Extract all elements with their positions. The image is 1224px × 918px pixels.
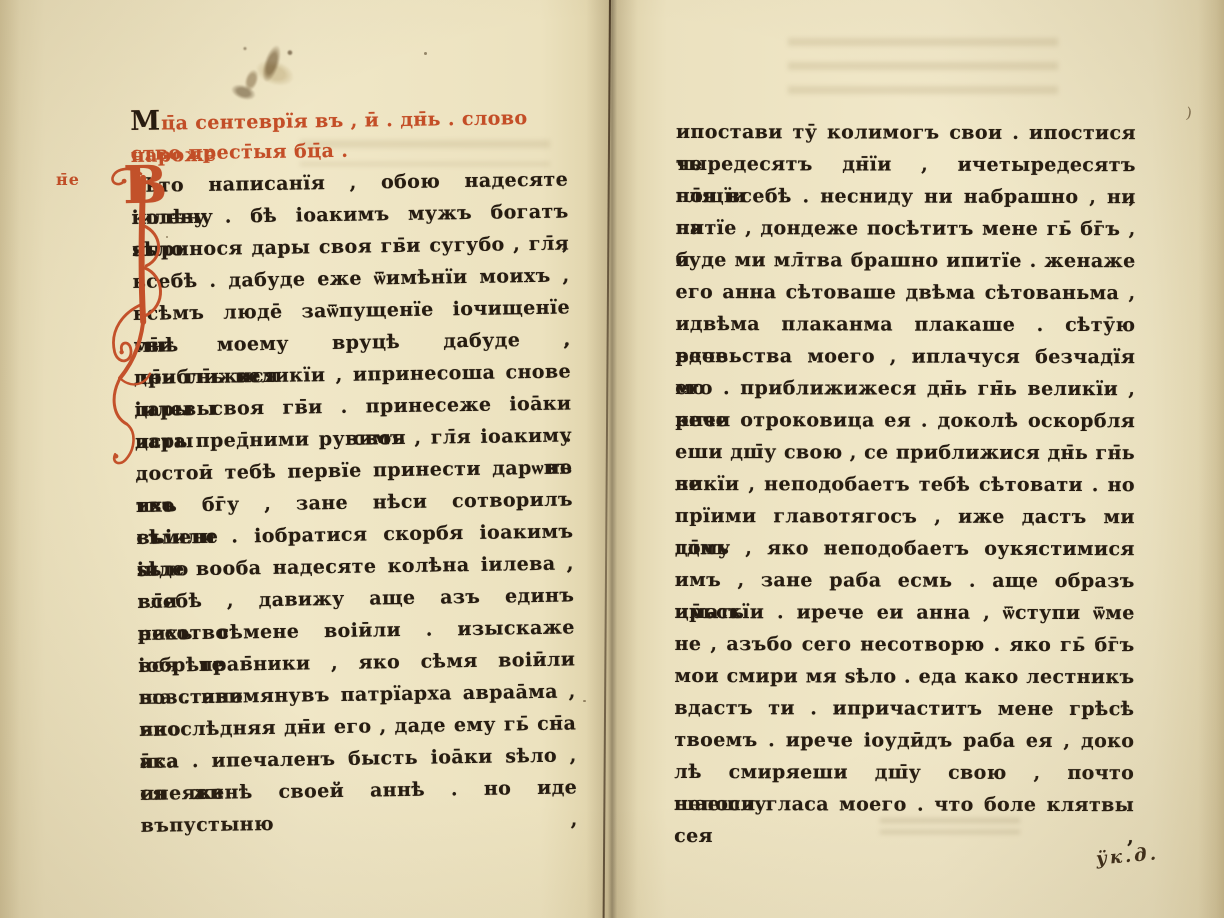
text-line: его . приближижеся дн̄ь гн̄ь великїи , р… <box>675 372 1135 405</box>
left-page-edge <box>0 0 20 918</box>
text-line: кнеи отроковица ея . доколѣ оскорбля <box>675 404 1135 437</box>
rubric-heading-line-1: Мц̄а сентеврїя въ , ӣ . дн̄ь . слово нар… <box>130 100 567 138</box>
text-line: прїими главотягосъ , иже дастъ ми гд̄нъ <box>675 500 1135 533</box>
heading-initial-letter: М <box>130 106 161 137</box>
text-line: тыредесятъ дн̄їи , ичетыредесятъ нощїи , <box>676 148 1136 181</box>
text-line: мои смири мя ѕѣло . еда како лестникъ <box>674 660 1134 693</box>
text-line: не , азъбо сего несотворю . яко гь̄ бг̄ъ <box>675 628 1135 661</box>
text-line: дому , яко неподобаетъ оукястимися <box>675 532 1135 565</box>
margin-folio-note: н̄е <box>56 170 80 189</box>
text-line: буде ми мл̄тва брашно ипитїе . женаже <box>676 244 1136 277</box>
text-line: вдовьства моего , иплачуся безчадїя мо <box>675 340 1135 373</box>
right-page-edge <box>1198 0 1224 918</box>
text-line: ипостави тӯ колимогъ свои . ипостися че <box>676 116 1136 149</box>
text-line: ся женѣ своей аннѣ . но иде въпустыню , <box>140 771 577 809</box>
left-page-text-column: В Мц̄а сентеврїя въ , ӣ . дн̄ь . слово н… <box>130 100 577 810</box>
text-line: гл̄я всебѣ . несниду ни набрашно , ни на <box>676 180 1136 213</box>
text-line: ликїи , неподобаетъ тебѣ сѣтовати . но <box>675 468 1135 501</box>
text-line: питїе , дондеже посѣтитъ мене гь̄ бг̄ъ ,… <box>676 212 1136 245</box>
text-line: идвѣма плаканма плакаше . сѣтӯю рече <box>675 308 1135 341</box>
text-line: еши дш̄у свою , се приближися дн̄ь гн̄ь … <box>675 436 1135 469</box>
right-page-text-column: ипостави тӯ колимогъ свои . ипостися че … <box>674 116 1136 821</box>
text-line: его анна сѣтоваше двѣма сѣтованьма , <box>675 276 1135 309</box>
text-line: имъ , зане раба есмь . аще образъ имать <box>675 564 1135 597</box>
text-line: вдастъ ти . ипричаститъ мене грѣсѣ <box>674 692 1134 725</box>
text-line: лѣ смиряеши дш̄у свою , почто непослу <box>674 756 1134 789</box>
text-line: твоемъ . ирече іоудӣдъ раба ея , доко <box>674 724 1134 757</box>
text-line: шаеши гласа моего . что боле клятвы сея … <box>674 788 1134 821</box>
text-line: цр̄ьскїи . ирече еи анна , ѿступи ѿме <box>675 596 1135 629</box>
